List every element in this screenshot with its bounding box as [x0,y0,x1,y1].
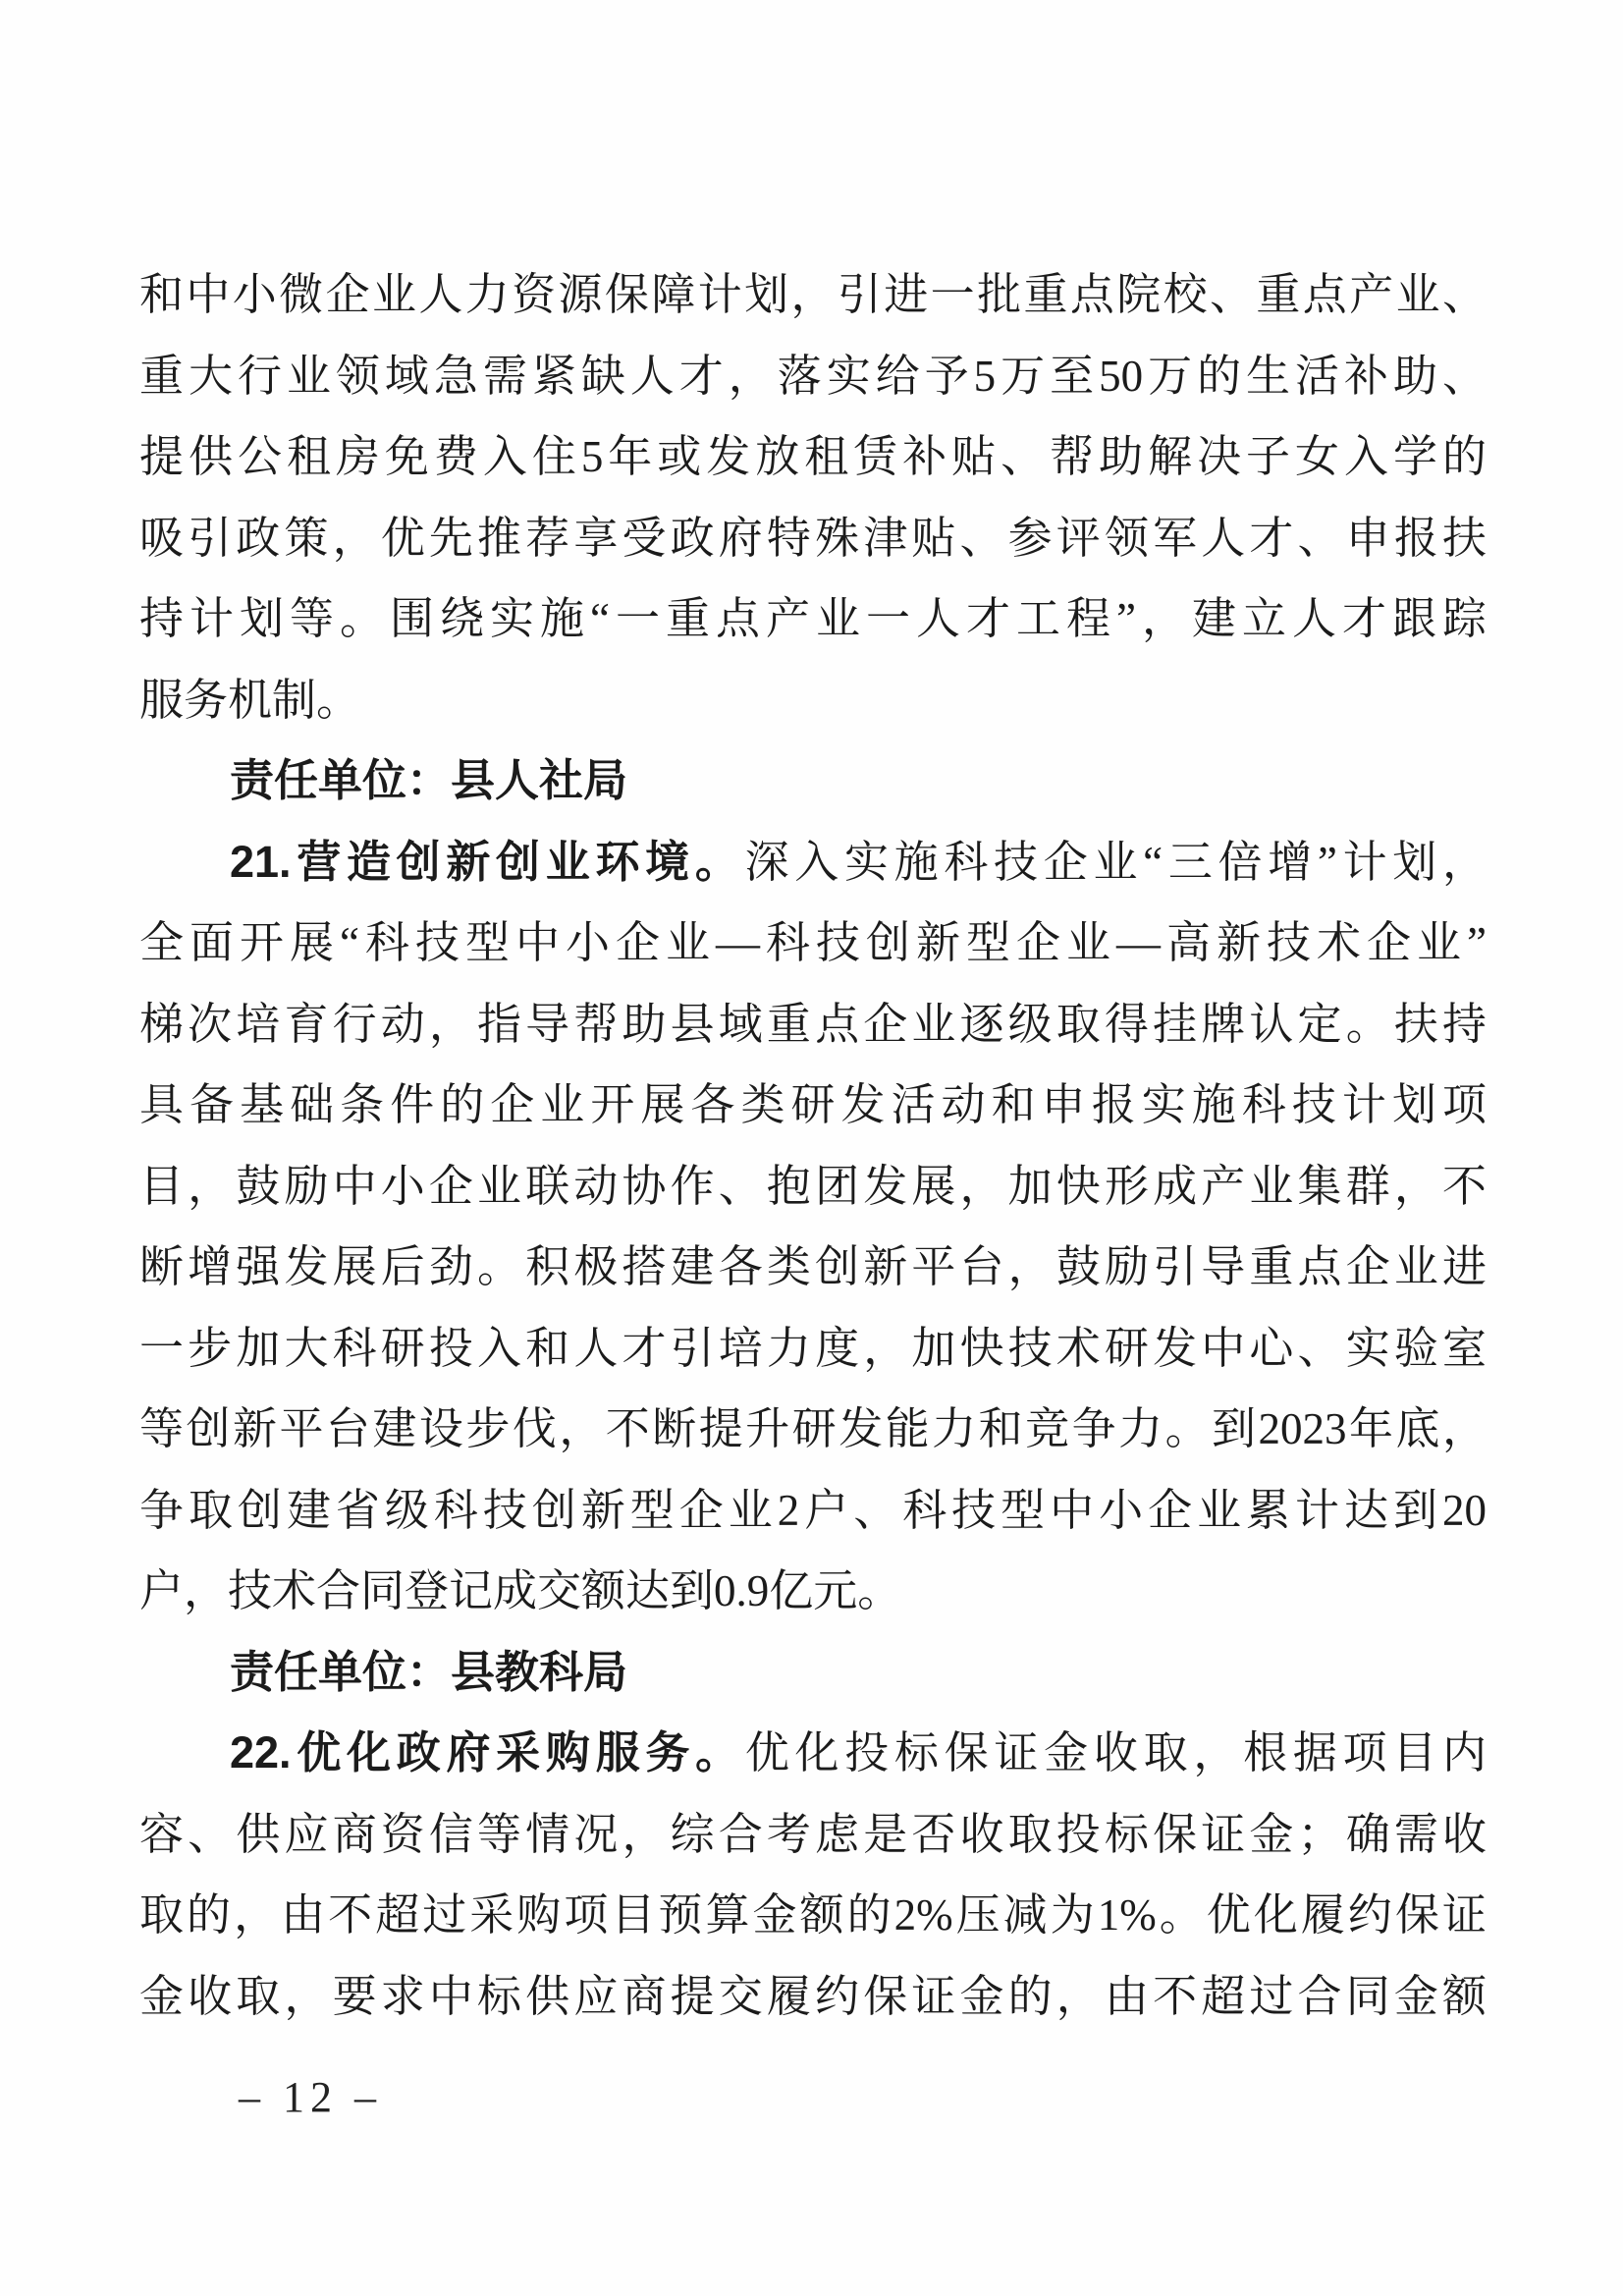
paragraph-end-line: 户，技术合同登记成交额达到0.9亿元。 [139,1551,1487,1632]
item-22-heading: 22.优化政府采购服务。 [230,1727,745,1777]
paragraph-end-line: 服务机制。 [139,660,1487,741]
paragraph-line: 一步加大科研投入和人才引培力度，加快技术研发中心、实验室 [139,1308,1487,1390]
paragraph-line: 等创新平台建设步伐，不断提升研发能力和竞争力。到2023年底， [139,1389,1487,1470]
item-21-text: 深入实施科技企业“三倍增”计划， [745,838,1487,887]
paragraph-line: 金收取，要求中标供应商提交履约保证金的，由不超过合同金额 [139,1956,1487,2038]
item-21-heading: 21.营造创新创业环境。 [230,837,745,887]
body-text: 和中小微企业人力资源保障计划，引进一批重点院校、重点产业、 重大行业领域急需紧缺… [139,254,1487,2037]
paragraph-line: 容、供应商资信等情况，综合考虑是否收取投标保证金；确需收 [139,1794,1487,1876]
paragraph-line: 梯次培育行动，指导帮助县域重点企业逐级取得挂牌认定。扶持 [139,984,1487,1066]
item-22-text: 优化投标保证金收取，根据项目内 [745,1728,1487,1777]
paragraph-line: 争取创建省级科技创新型企业2户、科技型中小企业累计达到20 [139,1470,1487,1552]
paragraph-line: 取的，由不超过采购项目预算金额的2%压减为1%。优化履约保证 [139,1875,1487,1956]
paragraph-line: 和中小微企业人力资源保障计划，引进一批重点院校、重点产业、 [139,254,1487,336]
paragraph-line: 重大行业领域急需紧缺人才，落实给予5万至50万的生活补助、 [139,336,1487,417]
page-number: – 12 – [239,2068,382,2127]
item-22-first-line: 22.优化政府采购服务。优化投标保证金收取，根据项目内 [139,1713,1487,1794]
responsible-unit-line: 责任单位：县教科局 [139,1632,1487,1714]
paragraph-line: 全面开展“科技型中小企业—科技创新型企业—高新技术企业” [139,902,1487,984]
document-page: 和中小微企业人力资源保障计划，引进一批重点院校、重点产业、 重大行业领域急需紧缺… [0,0,1623,2296]
item-21-first-line: 21.营造创新创业环境。深入实施科技企业“三倍增”计划， [139,822,1487,903]
paragraph-line: 断增强发展后劲。积极搭建各类创新平台，鼓励引导重点企业进 [139,1227,1487,1308]
paragraph-line: 吸引政策，优先推荐享受政府特殊津贴、参评领军人才、申报扶 [139,498,1487,579]
paragraph-line: 目，鼓励中小企业联动协作、抱团发展，加快形成产业集群，不 [139,1146,1487,1228]
paragraph-line: 具备基础条件的企业开展各类研发活动和申报实施科技计划项 [139,1065,1487,1146]
paragraph-line: 提供公租房免费入住5年或发放租赁补贴、帮助解决子女入学的 [139,416,1487,498]
paragraph-line: 持计划等。围绕实施“一重点产业一人才工程”，建立人才跟踪 [139,578,1487,660]
responsible-unit-line: 责任单位：县人社局 [139,740,1487,822]
